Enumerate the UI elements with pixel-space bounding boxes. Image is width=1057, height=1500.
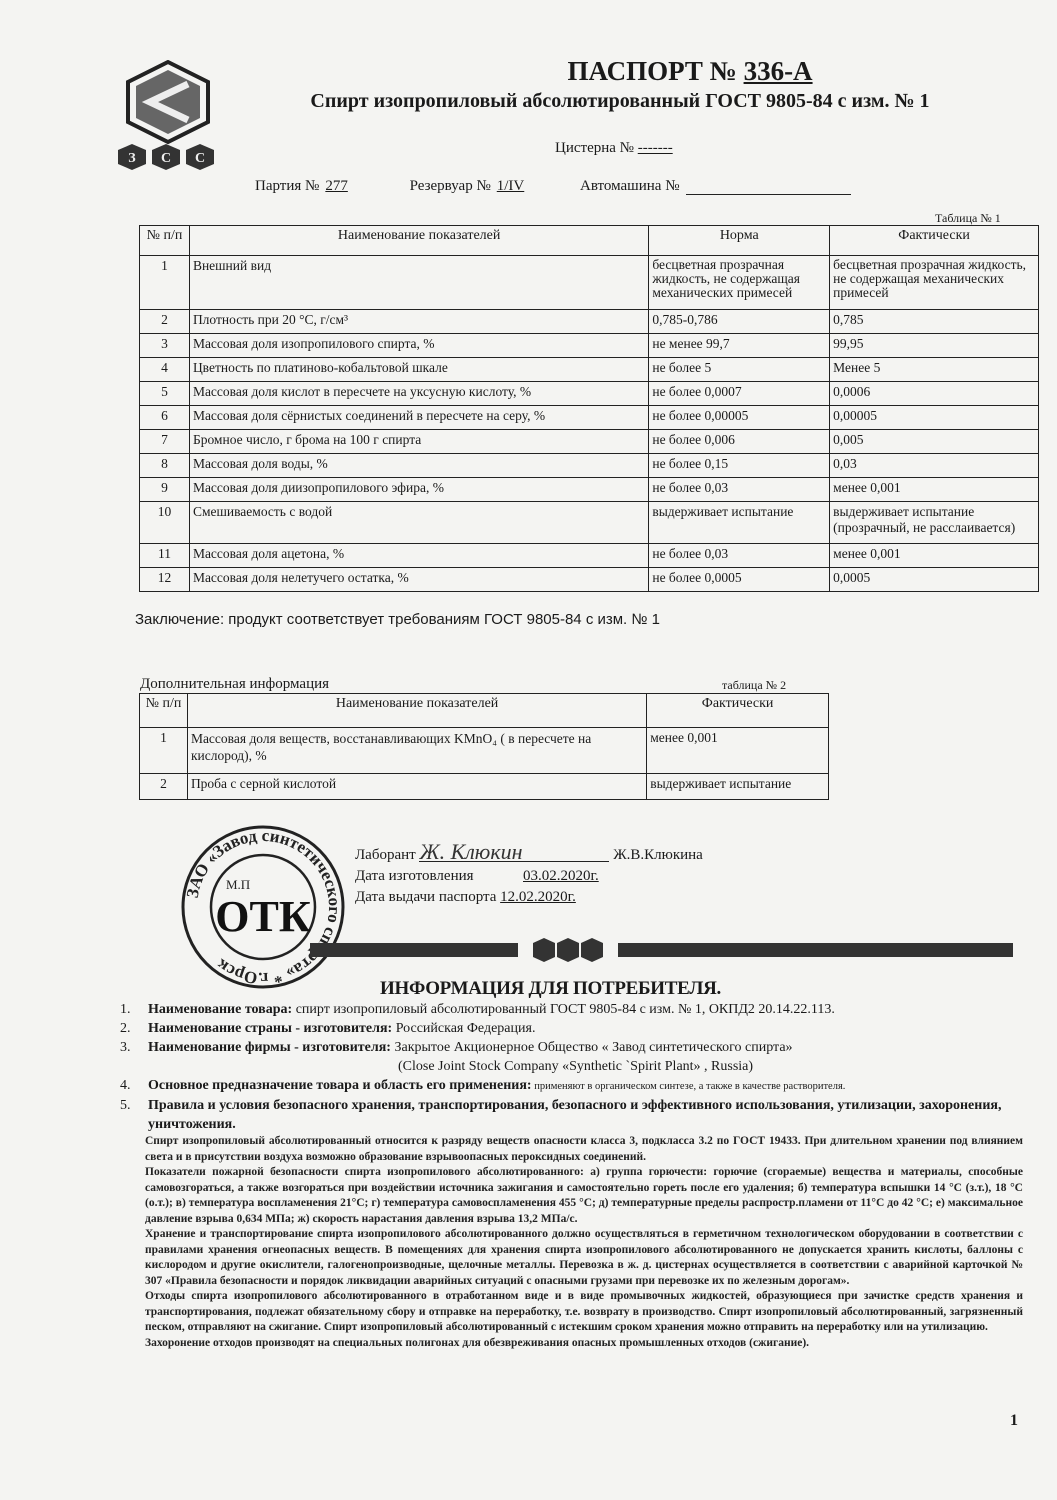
table-row: 1Массовая доля веществ, восстанавливающи… xyxy=(140,728,829,774)
row-actual: Менее 5 xyxy=(830,358,1039,382)
safety-rules-text: Спирт изопропиловый абсолютированный отн… xyxy=(145,1134,1023,1351)
row-norm: 0,785-0,786 xyxy=(649,310,830,334)
additional-info-table: № п/п Наименование показателей Фактическ… xyxy=(139,693,829,800)
row-norm: не более 0,006 xyxy=(649,430,830,454)
decorative-band-left xyxy=(310,943,518,957)
table-row: 2Плотность при 20 °С, г/см³0,785-0,7860,… xyxy=(140,310,1039,334)
item-index: 3. xyxy=(120,1038,148,1076)
row-actual: 99,95 xyxy=(830,334,1039,358)
row-number: 5 xyxy=(140,382,190,406)
info-item-purpose: 4.Основное предназначение товара и облас… xyxy=(120,1076,1025,1096)
item-text: Закрытое Акционерное Общество « Завод си… xyxy=(391,1040,793,1055)
row-name: Массовая доля нелетучего остатка, % xyxy=(189,568,648,592)
svg-text:С: С xyxy=(161,151,171,166)
row-number: 2 xyxy=(140,774,188,800)
table1-caption: Таблица № 1 xyxy=(935,211,1001,226)
item-text: спирт изопропиловый абсолютированный ГОС… xyxy=(292,1002,835,1017)
consumer-info-title: ИНФОРМАЦИЯ ДЛЯ ПОТРЕБИТЕЛЯ. xyxy=(380,978,721,1000)
tank-field: Цистерна № ------- xyxy=(555,140,673,157)
table-row: 6Массовая доля сёрнистых соединений в пе… xyxy=(140,406,1039,430)
row-number: 3 xyxy=(140,334,190,358)
info-item-manufacturer: 3.Наименование фирмы - изготовителя: Зак… xyxy=(120,1038,1025,1076)
paragraph-hazard-class: Спирт изопропиловый абсолютированный отн… xyxy=(145,1134,1023,1165)
row-name: Массовая доля изопропилового спирта, % xyxy=(189,334,648,358)
lab-signature: Ж. Клюкин xyxy=(419,843,609,862)
item-index: 1. xyxy=(120,1000,148,1019)
row-name: Массовая доля сёрнистых соединений в пер… xyxy=(189,406,648,430)
zss-logo-icon xyxy=(533,938,603,962)
page-number: 1 xyxy=(1010,1412,1018,1430)
row-name: Смешиваемость с водой xyxy=(189,502,648,544)
row-actual: 0,03 xyxy=(830,454,1039,478)
row-actual: 0,785 xyxy=(830,310,1039,334)
svg-text:ОТК: ОТК xyxy=(215,892,311,941)
lab-name: Ж.В.Клюкина xyxy=(613,847,703,863)
item-index: 5. xyxy=(120,1096,148,1134)
col-header-name: Наименование показателей xyxy=(187,694,646,728)
table2-caption: таблица № 2 xyxy=(722,678,786,693)
truck-value-blank xyxy=(686,180,851,195)
row-name: Массовая доля воды, % xyxy=(189,454,648,478)
made-label: Дата изготовления xyxy=(355,866,523,887)
row-name: Внешний вид xyxy=(189,256,648,310)
row-number: 4 xyxy=(140,358,190,382)
item-label: Правила и условия безопасного хранения, … xyxy=(148,1098,1001,1132)
decorative-band-right xyxy=(618,943,1013,957)
row-norm: не более 0,03 xyxy=(649,478,830,502)
item-label: Наименование товара: xyxy=(148,1002,292,1017)
additional-info-title: Дополнительная информация xyxy=(140,676,329,693)
item-text: Российская Федерация. xyxy=(392,1021,535,1036)
reservoir-label: Резервуар № xyxy=(410,178,491,194)
row-norm: не более 0,03 xyxy=(649,544,830,568)
svg-text:С: С xyxy=(195,151,205,166)
row-number: 12 xyxy=(140,568,190,592)
row-norm: не более 0,0005 xyxy=(649,568,830,592)
table-row: 2Проба с серной кислотойвыдерживает испы… xyxy=(140,774,829,800)
row-actual: 0,005 xyxy=(830,430,1039,454)
quality-table: № п/п Наименование показателей Норма Фак… xyxy=(139,225,1039,592)
paragraph-waste: Отходы спирта изопропилового абсолютиров… xyxy=(145,1289,1023,1336)
row-number: 9 xyxy=(140,478,190,502)
row-name: Бромное число, г брома на 100 г спирта xyxy=(189,430,648,454)
table-row: 5Массовая доля кислот в пересчете на укс… xyxy=(140,382,1039,406)
row-actual: менее 0,001 xyxy=(830,478,1039,502)
issued-date-row: Дата выдачи паспорта 12.02.2020г. xyxy=(355,887,703,908)
row-actual: менее 0,001 xyxy=(830,544,1039,568)
made-date-row: Дата изготовления03.02.2020г. xyxy=(355,866,703,887)
row-actual: 0,0006 xyxy=(830,382,1039,406)
row-norm: не менее 99,7 xyxy=(649,334,830,358)
title-prefix: ПАСПОРТ № xyxy=(567,56,736,86)
item-text-english: (Close Joint Stock Company «Synthetic `S… xyxy=(148,1057,753,1076)
row-norm: не более 0,15 xyxy=(649,454,830,478)
row-number: 2 xyxy=(140,310,190,334)
passport-title: ПАСПОРТ № 336-А xyxy=(380,56,1000,87)
row-actual: менее 0,001 xyxy=(647,728,829,774)
col-header-norm: Норма xyxy=(649,226,830,256)
document-page: З С С ПАСПОРТ № 336-А Спирт изопропиловы… xyxy=(0,0,1057,1500)
table-header-row: № п/п Наименование показателей Фактическ… xyxy=(140,694,829,728)
made-date: 03.02.2020г. xyxy=(523,868,599,884)
item-index: 4. xyxy=(120,1076,148,1096)
table-row: 9Массовая доля диизопропилового эфира, %… xyxy=(140,478,1039,502)
consumer-info-list: 1.Наименование товара: спирт изопропилов… xyxy=(120,1000,1025,1134)
row-norm: не более 0,00005 xyxy=(649,406,830,430)
row-number: 7 xyxy=(140,430,190,454)
issued-label: Дата выдачи паспорта xyxy=(355,889,496,905)
row-number: 10 xyxy=(140,502,190,544)
table-row: 7Бромное число, г брома на 100 г спиртан… xyxy=(140,430,1039,454)
svg-text:З: З xyxy=(128,151,135,166)
conclusion-text: Заключение: продукт соответствует требов… xyxy=(135,611,660,628)
item-text: применяют в органическом синтезе, а такж… xyxy=(532,1081,846,1092)
table-row: 12Массовая доля нелетучего остатка, %не … xyxy=(140,568,1039,592)
row-number: 1 xyxy=(140,256,190,310)
truck-label: Автомашина № xyxy=(580,178,680,194)
row-norm: бесцветная прозрачная жидкость, не содер… xyxy=(649,256,830,310)
row-name: Массовая доля диизопропилового эфира, % xyxy=(189,478,648,502)
product-subtitle: Спирт изопропиловый абсолютированный ГОС… xyxy=(240,90,1000,113)
row-actual: выдерживает испытание (прозрачный, не ра… xyxy=(830,502,1039,544)
row-actual: бесцветная прозрачная жидкость, не содер… xyxy=(830,256,1039,310)
row-actual: 0,0005 xyxy=(830,568,1039,592)
svg-text:М.П: М.П xyxy=(226,877,250,892)
batch-info-row: Партия №277 Резервуар №1/IV Автомашина № xyxy=(255,178,955,195)
batch-label: Партия № xyxy=(255,178,319,194)
row-name: Цветность по платиново-кобальтовой шкале xyxy=(189,358,648,382)
table-row: 8Массовая доля воды, %не более 0,150,03 xyxy=(140,454,1039,478)
row-actual: выдерживает испытание xyxy=(647,774,829,800)
row-norm: не более 0,0007 xyxy=(649,382,830,406)
row-name: Массовая доля ацетона, % xyxy=(189,544,648,568)
tank-value: ------- xyxy=(638,140,673,156)
row-number: 1 xyxy=(140,728,188,774)
company-logo-icon: З С С xyxy=(118,60,228,170)
paragraph-disposal: Захоронение отходов производят на специа… xyxy=(145,1336,1023,1352)
col-header-number: № п/п xyxy=(140,694,188,728)
info-item-country: 2.Наименование страны - изготовителя: Ро… xyxy=(120,1019,1025,1038)
row-actual: 0,00005 xyxy=(830,406,1039,430)
table-row: 4Цветность по платиново-кобальтовой шкал… xyxy=(140,358,1039,382)
paragraph-storage: Хранение и транспортирование спирта изоп… xyxy=(145,1227,1023,1289)
table-row: 1Внешний видбесцветная прозрачная жидкос… xyxy=(140,256,1039,310)
item-label: Основное предназначение товара и область… xyxy=(148,1078,532,1093)
table-row: 3Массовая доля изопропилового спирта, %н… xyxy=(140,334,1039,358)
passport-number: 336-А xyxy=(744,56,813,86)
row-norm: не более 5 xyxy=(649,358,830,382)
col-header-name: Наименование показателей xyxy=(189,226,648,256)
lab-label: Лаборант xyxy=(355,847,416,863)
info-item-rules: 5.Правила и условия безопасного хранения… xyxy=(120,1096,1025,1134)
row-number: 11 xyxy=(140,544,190,568)
info-item-product: 1.Наименование товара: спирт изопропилов… xyxy=(120,1000,1025,1019)
table-header-row: № п/п Наименование показателей Норма Фак… xyxy=(140,226,1039,256)
paragraph-fire-safety: Показатели пожарной безопасности спирта … xyxy=(145,1165,1023,1227)
table-row: 10Смешиваемость с водойвыдерживает испыт… xyxy=(140,502,1039,544)
item-index: 2. xyxy=(120,1019,148,1038)
item-label: Наименование фирмы - изготовителя: xyxy=(148,1040,391,1055)
row-name: Плотность при 20 °С, г/см³ xyxy=(189,310,648,334)
row-name: Массовая доля кислот в пересчете на уксу… xyxy=(189,382,648,406)
otk-stamp-icon: ЗАО «Завод синтетического спирта» * г.Ор… xyxy=(168,823,358,991)
batch-value: 277 xyxy=(325,178,348,194)
row-name: Массовая доля веществ, восстанавливающих… xyxy=(187,728,646,774)
col-header-actual: Фактически xyxy=(647,694,829,728)
item-label: Наименование страны - изготовителя: xyxy=(148,1021,392,1036)
row-number: 6 xyxy=(140,406,190,430)
issued-date: 12.02.2020г. xyxy=(500,889,576,905)
row-number: 8 xyxy=(140,454,190,478)
col-header-actual: Фактически xyxy=(830,226,1039,256)
reservoir-value: 1/IV xyxy=(497,178,525,194)
lab-row: Лаборант Ж. Клюкин Ж.В.Клюкина xyxy=(355,843,703,866)
row-name: Проба с серной кислотой xyxy=(187,774,646,800)
table-row: 11Массовая доля ацетона, %не более 0,03м… xyxy=(140,544,1039,568)
tank-label: Цистерна № xyxy=(555,140,634,156)
col-header-number: № п/п xyxy=(140,226,190,256)
signoff-block: Лаборант Ж. Клюкин Ж.В.Клюкина Дата изго… xyxy=(355,843,703,908)
row-norm: выдерживает испытание xyxy=(649,502,830,544)
